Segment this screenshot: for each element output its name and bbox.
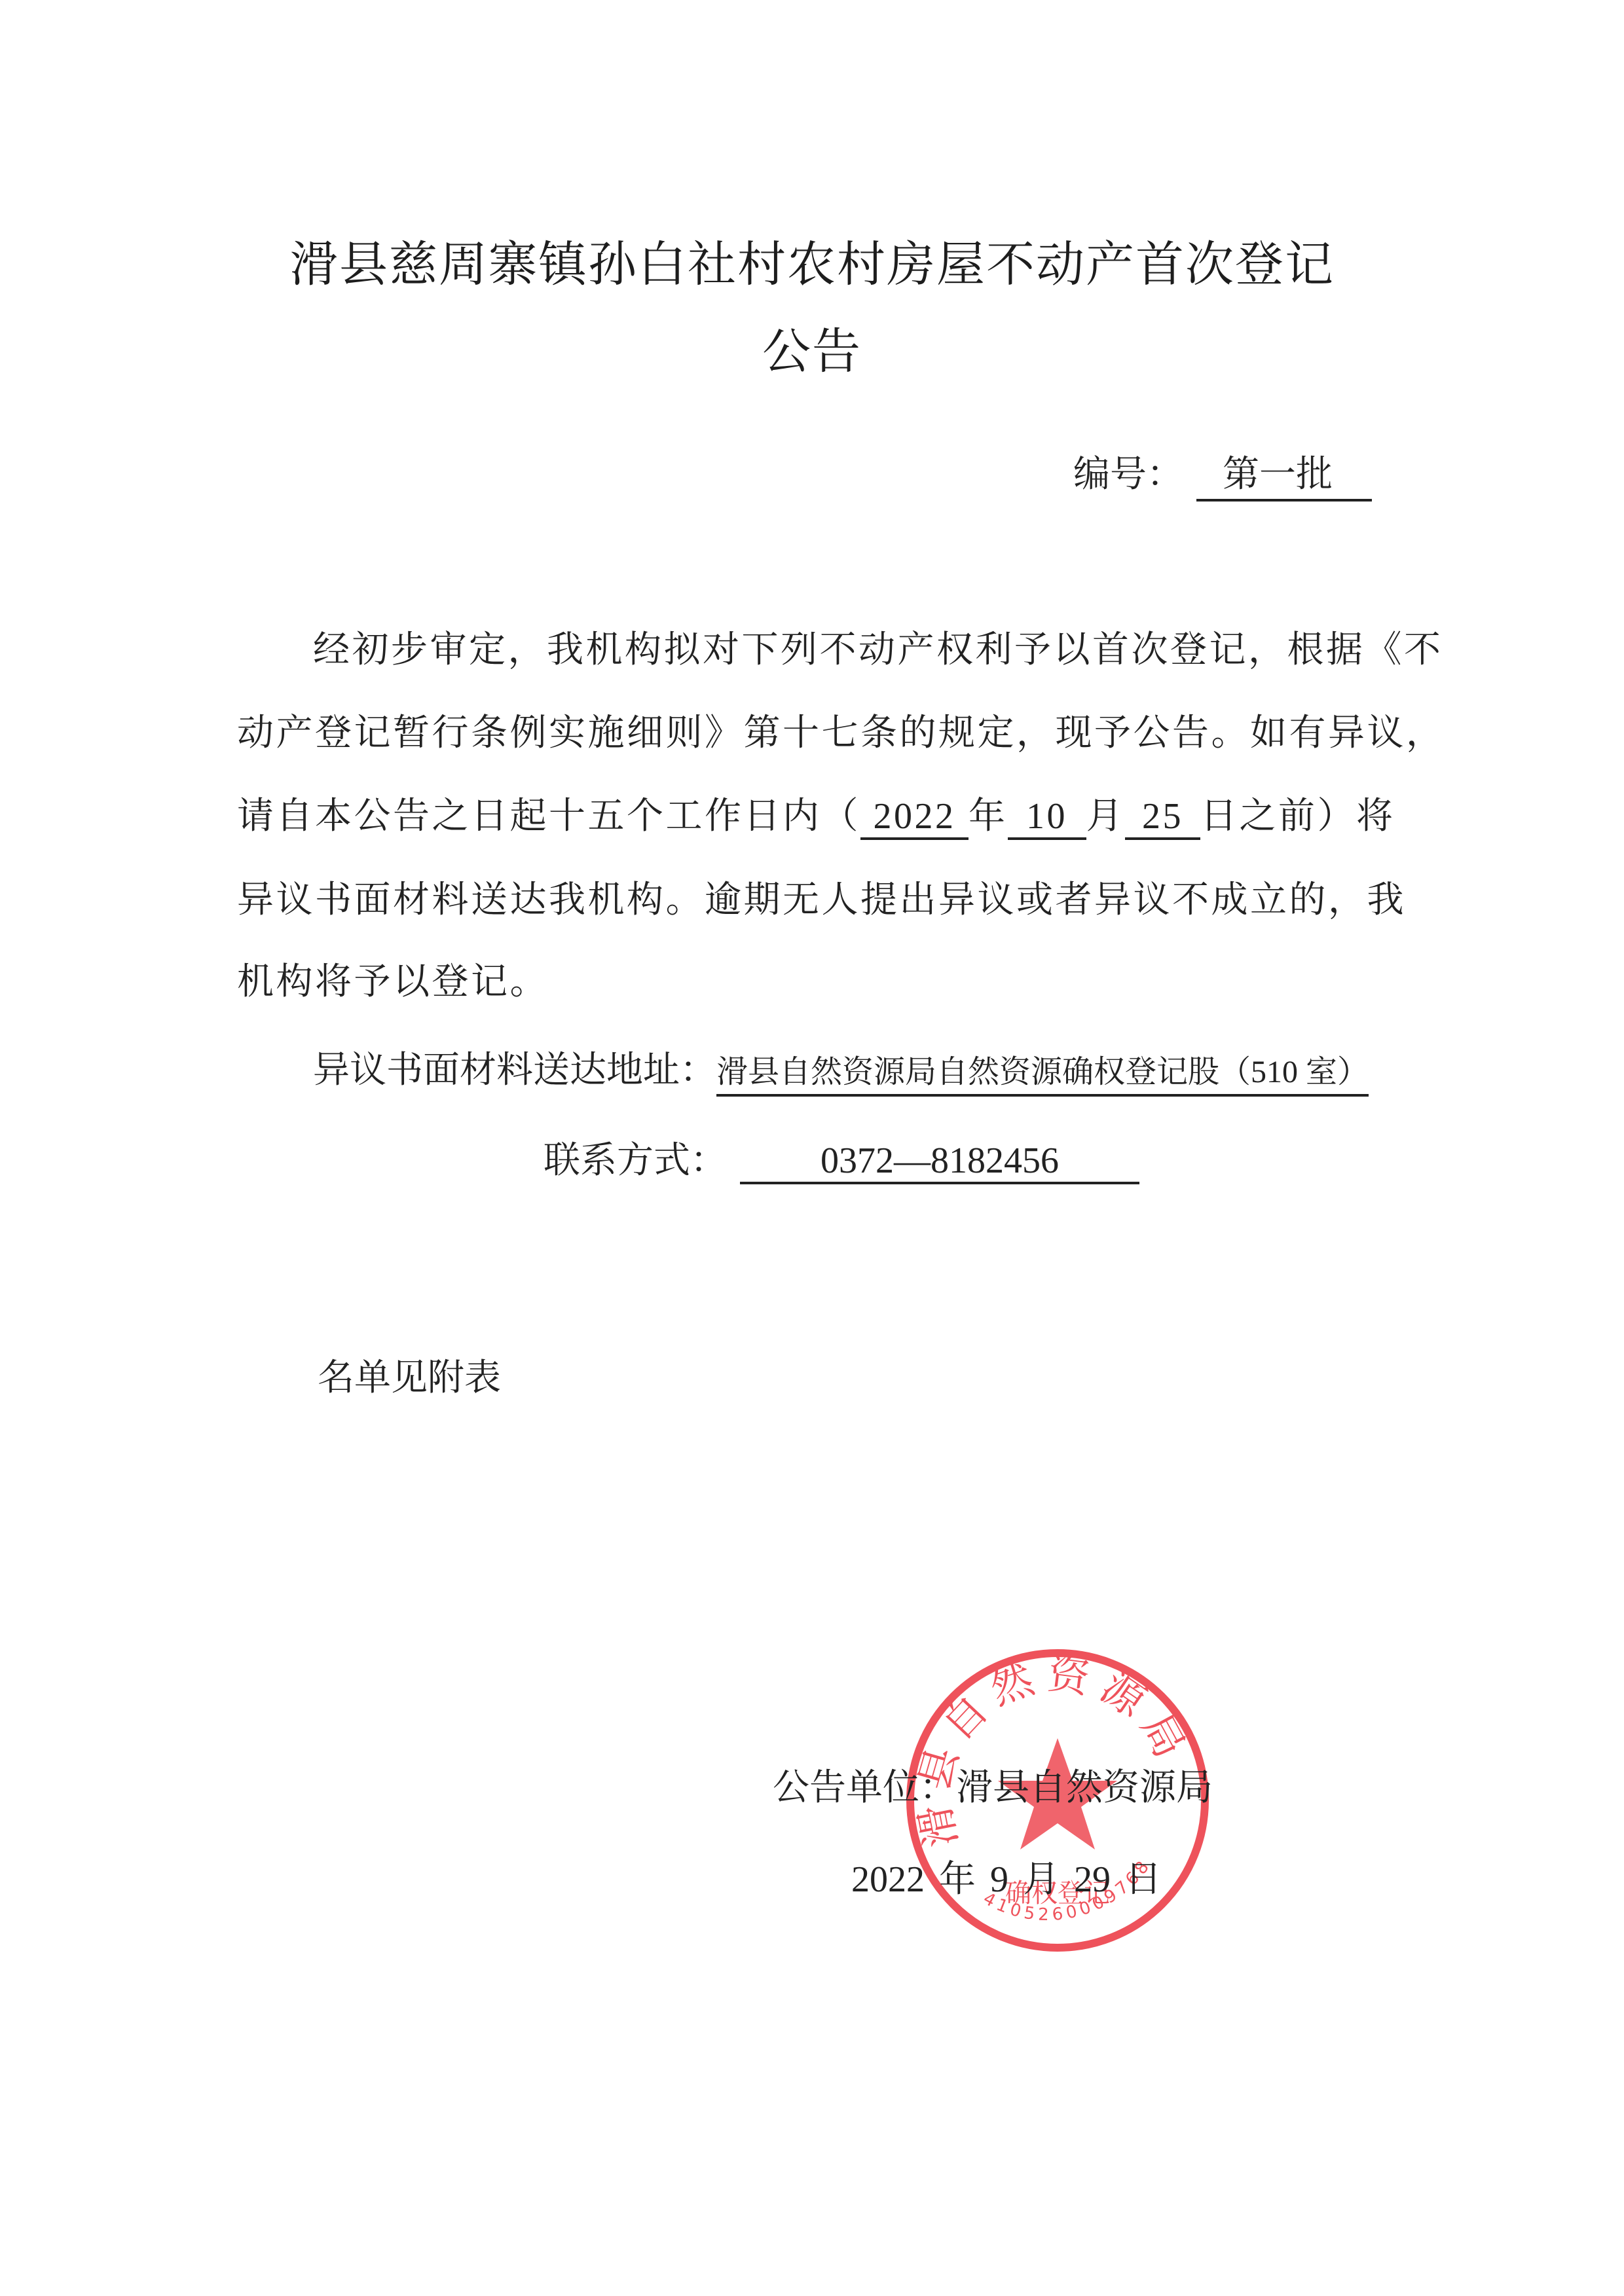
deadline-month: 10 xyxy=(1008,795,1086,840)
issuing-unit: 公告单位：滑县自然资源局 xyxy=(773,1758,1213,1811)
deadline-day: 25 xyxy=(1125,795,1200,840)
body-line-3: 请自本公告之日起十五个工作日内（2022年10月25日之前）将 xyxy=(237,787,1370,840)
body-line-5: 机构将予以登记。 xyxy=(237,953,1370,1005)
document-subtitle: 公告 xyxy=(0,313,1624,382)
issue-date: 2022 年 9 月 29 日 xyxy=(851,1850,1162,1903)
date-year-unit: 年 xyxy=(939,1859,976,1900)
date-month: 9 xyxy=(990,1859,1008,1900)
deadline-year: 2022 xyxy=(860,795,969,840)
date-month-unit: 月 xyxy=(1023,1859,1060,1900)
year-unit: 年 xyxy=(969,795,1008,837)
date-day-unit: 日 xyxy=(1125,1859,1162,1900)
serial-number: 编号：第一批 xyxy=(1073,445,1372,501)
contact-label: 联系方式： xyxy=(544,1139,727,1182)
deadline-suffix: 日之前）将 xyxy=(1200,795,1395,837)
date-day: 29 xyxy=(1074,1859,1111,1900)
objection-address: 异议书面材料送达地址：滑县自然资源局自然资源确权登记股（510 室） xyxy=(313,1041,1369,1097)
contact-info: 联系方式：0372—8182456 xyxy=(544,1131,1139,1184)
address-label: 异议书面材料送达地址： xyxy=(313,1049,716,1091)
address-value: 滑县自然资源局自然资源确权登记股（510 室） xyxy=(716,1046,1369,1097)
body-line-1: 经初步审定，我机构拟对下列不动产权利予以首次登记，根据《不 xyxy=(313,621,1371,673)
issuer-label: 公告单位： xyxy=(773,1766,956,1809)
serial-value: 第一批 xyxy=(1196,445,1372,501)
serial-label: 编号： xyxy=(1073,453,1183,496)
deadline-prefix: 请自本公告之日起十五个工作日内（ xyxy=(237,795,860,837)
contact-phone: 0372—8182456 xyxy=(740,1140,1139,1184)
list-note: 名单见附表 xyxy=(318,1349,501,1401)
document-title: 滑县慈周寨镇孙白社村农村房屋不动产首次登记 xyxy=(0,226,1624,295)
issuer-name: 滑县自然资源局 xyxy=(956,1766,1213,1809)
date-year: 2022 xyxy=(851,1859,925,1900)
body-line-4: 异议书面材料送达我机构。逾期无人提出异议或者异议不成立的，我 xyxy=(237,871,1370,923)
body-line-2: 动产登记暂行条例实施细则》第十七条的规定，现予公告。如有异议， xyxy=(237,704,1370,756)
month-unit: 月 xyxy=(1086,795,1126,837)
